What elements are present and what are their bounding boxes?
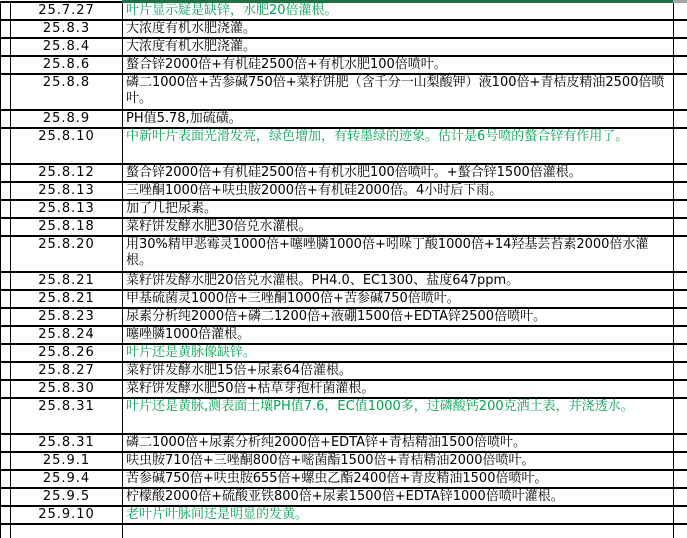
date-cell[interactable]: 25.8.12 — [11, 165, 123, 181]
right-edge-cell[interactable] — [674, 183, 687, 199]
treatment-log-cell[interactable]: 大浓度有机水肥浇灌。 — [123, 39, 674, 55]
date-cell[interactable]: 25.8.9 — [11, 111, 123, 127]
table-row: 25.8.4大浓度有机水肥浇灌。 — [1, 39, 687, 57]
date-cell[interactable]: 25.8.30 — [11, 381, 123, 397]
table-row: 25.8.8磷二1000倍+苦参碱750倍+菜籽饼肥（含千分一山梨酸钾）液100… — [1, 75, 687, 111]
date-cell[interactable]: 25.8.8 — [11, 75, 123, 109]
treatment-log-cell[interactable]: 菜籽饼发酵水肥50倍+枯草芽孢杆菌灌根。 — [123, 381, 674, 397]
table-row: 25.8.18菜籽饼发酵水肥30倍兑水灌根。 — [1, 219, 687, 237]
date-cell[interactable]: 25.8.13 — [11, 183, 123, 199]
table-row: 25.9.4苦参碱750倍+呋虫胺655倍+螺虫乙酯2400倍+青皮精油1500… — [1, 471, 687, 489]
left-edge-cell[interactable] — [1, 399, 11, 433]
table-row: 25.8.26叶片还是黄脉像缺锌。 — [1, 345, 687, 363]
right-edge-cell[interactable] — [674, 129, 687, 163]
treatment-log-cell[interactable] — [123, 525, 674, 538]
left-edge-cell[interactable] — [1, 219, 11, 235]
date-cell[interactable]: 25.8.3 — [11, 21, 123, 37]
right-edge-cell[interactable] — [674, 471, 687, 487]
observation-note-cell[interactable]: 叶片显示疑是缺锌，水肥20倍灌根。 — [123, 3, 674, 19]
left-edge-cell[interactable] — [1, 129, 11, 163]
right-edge-cell[interactable] — [674, 489, 687, 505]
left-edge-cell[interactable] — [1, 525, 11, 538]
treatment-log-cell[interactable]: 甲基硫菌灵1000倍+三唑酮1000倍+苦参碱750倍喷叶。 — [123, 291, 674, 307]
right-edge-cell[interactable] — [674, 309, 687, 325]
left-edge-cell[interactable] — [1, 111, 11, 127]
treatment-log-cell[interactable]: 螯合锌2000倍+有机硅2500倍+有机水肥100倍喷叶。 — [123, 57, 674, 73]
right-edge-cell[interactable] — [674, 345, 687, 361]
date-cell[interactable]: 25.8.24 — [11, 327, 123, 343]
left-edge-cell[interactable] — [1, 237, 11, 271]
date-cell[interactable]: 25.8.26 — [11, 345, 123, 361]
left-edge-cell[interactable] — [1, 363, 11, 379]
date-cell[interactable]: 25.8.20 — [11, 237, 123, 271]
date-cell[interactable] — [11, 525, 123, 538]
date-cell[interactable]: 25.8.31 — [11, 435, 123, 451]
right-edge-cell[interactable] — [674, 507, 687, 523]
left-edge-cell[interactable] — [1, 435, 11, 451]
left-edge-cell[interactable] — [1, 507, 11, 523]
table-row: 25.8.27菜籽饼发酵水肥15倍+尿素64倍灌根。 — [1, 363, 687, 381]
table-row: 25.8.13加了几把尿素。 — [1, 201, 687, 219]
left-edge-cell[interactable] — [1, 327, 11, 343]
treatment-log-cell[interactable]: 尿素分析纯2000倍+磷二1200倍+液硼1500倍+EDTA锌2500倍喷叶。 — [123, 309, 674, 325]
table-row: 25.8.3大浓度有机水肥浇灌。 — [1, 21, 687, 39]
table-row: 25.8.12螯合锌2000倍+有机硅2500倍+有机水肥100倍喷叶。+螯合锌… — [1, 165, 687, 183]
date-cell[interactable]: 25.8.31 — [11, 399, 123, 433]
treatment-log-cell[interactable]: 加了几把尿素。 — [123, 201, 674, 217]
left-edge-cell[interactable] — [1, 471, 11, 487]
left-edge-cell[interactable] — [1, 39, 11, 55]
log-table: 25.7.27叶片显示疑是缺锌，水肥20倍灌根。25.8.3大浓度有机水肥浇灌。… — [0, 3, 687, 538]
table-row: 25.7.27叶片显示疑是缺锌，水肥20倍灌根。 — [1, 3, 687, 21]
treatment-log-cell[interactable]: 呋虫胺710倍+三唑酮800倍+嘧菌酯1500倍+青桔精油2000倍喷叶。 — [123, 453, 674, 469]
table-row: 25.9.1呋虫胺710倍+三唑酮800倍+嘧菌酯1500倍+青桔精油2000倍… — [1, 453, 687, 471]
date-cell[interactable]: 25.8.21 — [11, 291, 123, 307]
treatment-log-cell[interactable]: 噻唑膦1000倍灌根。 — [123, 327, 674, 343]
right-edge-cell[interactable] — [674, 201, 687, 217]
date-cell[interactable]: 25.9.10 — [11, 507, 123, 523]
treatment-log-cell[interactable]: 苦参碱750倍+呋虫胺655倍+螺虫乙酯2400倍+青皮精油1500倍喷叶。 — [123, 471, 674, 487]
treatment-log-cell[interactable]: 三唑酮1000倍+呋虫胺2000倍+有机硅2000倍。4小时后下雨。 — [123, 183, 674, 199]
date-cell[interactable]: 25.9.5 — [11, 489, 123, 505]
treatment-log-cell[interactable]: 柠檬酸2000倍+硫酸亚铁800倍+尿素1500倍+EDTA锌1000倍喷叶灌根… — [123, 489, 674, 505]
left-edge-cell[interactable] — [1, 381, 11, 397]
table-row: 25.8.6螯合锌2000倍+有机硅2500倍+有机水肥100倍喷叶。 — [1, 57, 687, 75]
table-row — [1, 525, 687, 538]
table-row: 25.8.21菜籽饼发酵水肥20倍兑水灌根。PH4.0、EC1300、盐度647… — [1, 273, 687, 291]
treatment-log-cell[interactable]: 磷二1000倍+苦参碱750倍+菜籽饼肥（含千分一山梨酸钾）液100倍+青桔皮精… — [123, 75, 674, 109]
treatment-log-cell[interactable]: 菜籽饼发酵水肥20倍兑水灌根。PH4.0、EC1300、盐度647ppm。 — [123, 273, 674, 289]
right-edge-cell[interactable] — [674, 363, 687, 379]
right-edge-cell[interactable] — [674, 3, 687, 19]
right-edge-cell[interactable] — [674, 525, 687, 538]
observation-note-cell[interactable]: 中新叶片表面光滑发亮，绿色增加，有转墨绿的迹象。估计是6号喷的螯合锌有作用了。 — [123, 129, 674, 163]
right-edge-cell[interactable] — [674, 165, 687, 181]
date-cell[interactable]: 25.9.4 — [11, 471, 123, 487]
right-edge-cell[interactable] — [674, 57, 687, 73]
right-edge-cell[interactable] — [674, 111, 687, 127]
treatment-log-cell[interactable]: PH值5.78,加硫磺。 — [123, 111, 674, 127]
right-edge-cell[interactable] — [674, 237, 687, 271]
table-row: 25.8.31磷二1000倍+尿素分析纯2000倍+EDTA锌+青桔精油1500… — [1, 435, 687, 453]
left-edge-cell[interactable] — [1, 3, 11, 19]
date-cell[interactable]: 25.8.4 — [11, 39, 123, 55]
left-edge-cell[interactable] — [1, 291, 11, 307]
treatment-log-cell[interactable]: 菜籽饼发酵水肥30倍兑水灌根。 — [123, 219, 674, 235]
table-row: 25.9.10老叶片叶脉间还是明显的发黄。 — [1, 507, 687, 525]
right-edge-cell[interactable] — [674, 39, 687, 55]
table-row: 25.8.30菜籽饼发酵水肥50倍+枯草芽孢杆菌灌根。 — [1, 381, 687, 399]
left-edge-cell[interactable] — [1, 21, 11, 37]
left-edge-cell[interactable] — [1, 309, 11, 325]
date-cell[interactable]: 25.8.21 — [11, 273, 123, 289]
observation-note-cell[interactable]: 老叶片叶脉间还是明显的发黄。 — [123, 507, 674, 523]
table-row: 25.8.31叶片还是黄脉,测表面土壤PH值7.6，EC值1000多，过磷酸钙2… — [1, 399, 687, 435]
right-edge-cell[interactable] — [674, 399, 687, 433]
observation-note-cell[interactable]: 叶片还是黄脉像缺锌。 — [123, 345, 674, 361]
left-edge-cell[interactable] — [1, 75, 11, 109]
date-cell[interactable]: 25.8.27 — [11, 363, 123, 379]
date-cell[interactable]: 25.8.23 — [11, 309, 123, 325]
date-cell[interactable]: 25.9.1 — [11, 453, 123, 469]
left-edge-cell[interactable] — [1, 183, 11, 199]
table-row: 25.8.13三唑酮1000倍+呋虫胺2000倍+有机硅2000倍。4小时后下雨… — [1, 183, 687, 201]
date-cell[interactable]: 25.8.13 — [11, 201, 123, 217]
date-cell[interactable]: 25.8.6 — [11, 57, 123, 73]
treatment-log-cell[interactable]: 菜籽饼发酵水肥15倍+尿素64倍灌根。 — [123, 363, 674, 379]
left-edge-cell[interactable] — [1, 57, 11, 73]
spreadsheet-viewport: 25.7.27叶片显示疑是缺锌，水肥20倍灌根。25.8.3大浓度有机水肥浇灌。… — [0, 0, 687, 538]
left-edge-cell[interactable] — [1, 345, 11, 361]
treatment-log-cell[interactable]: 用30%精甲恶霉灵1000倍+噻唑膦1000倍+吲哚丁酸1000倍+14羟基芸苔… — [123, 237, 674, 271]
right-edge-cell[interactable] — [674, 21, 687, 37]
right-edge-cell[interactable] — [674, 75, 687, 109]
date-cell[interactable]: 25.8.18 — [11, 219, 123, 235]
left-edge-cell[interactable] — [1, 165, 11, 181]
right-edge-cell[interactable] — [674, 327, 687, 343]
left-edge-cell[interactable] — [1, 453, 11, 469]
right-edge-cell[interactable] — [674, 453, 687, 469]
left-edge-cell[interactable] — [1, 273, 11, 289]
right-edge-cell[interactable] — [674, 273, 687, 289]
date-cell[interactable]: 25.8.10 — [11, 129, 123, 163]
right-edge-cell[interactable] — [674, 381, 687, 397]
observation-note-cell[interactable]: 叶片还是黄脉,测表面土壤PH值7.6，EC值1000多，过磷酸钙200克洒土表，… — [123, 399, 674, 433]
left-edge-cell[interactable] — [1, 201, 11, 217]
table-row: 25.8.21甲基硫菌灵1000倍+三唑酮1000倍+苦参碱750倍喷叶。 — [1, 291, 687, 309]
treatment-log-cell[interactable]: 螯合锌2000倍+有机硅2500倍+有机水肥100倍喷叶。+螯合锌1500倍灌根… — [123, 165, 674, 181]
table-row: 25.8.9PH值5.78,加硫磺。 — [1, 111, 687, 129]
table-row: 25.8.24噻唑膦1000倍灌根。 — [1, 327, 687, 345]
table-row: 25.8.23尿素分析纯2000倍+磷二1200倍+液硼1500倍+EDTA锌2… — [1, 309, 687, 327]
left-edge-cell[interactable] — [1, 489, 11, 505]
date-cell[interactable]: 25.7.27 — [11, 3, 123, 19]
right-edge-cell[interactable] — [674, 435, 687, 451]
treatment-log-cell[interactable]: 磷二1000倍+尿素分析纯2000倍+EDTA锌+青桔精油1500倍喷叶。 — [123, 435, 674, 451]
table-row: 25.8.20用30%精甲恶霉灵1000倍+噻唑膦1000倍+吲哚丁酸1000倍… — [1, 237, 687, 273]
right-edge-cell[interactable] — [674, 291, 687, 307]
table-row: 25.9.5柠檬酸2000倍+硫酸亚铁800倍+尿素1500倍+EDTA锌100… — [1, 489, 687, 507]
table-row: 25.8.10中新叶片表面光滑发亮，绿色增加，有转墨绿的迹象。估计是6号喷的螯合… — [1, 129, 687, 165]
right-edge-cell[interactable] — [674, 219, 687, 235]
treatment-log-cell[interactable]: 大浓度有机水肥浇灌。 — [123, 21, 674, 37]
